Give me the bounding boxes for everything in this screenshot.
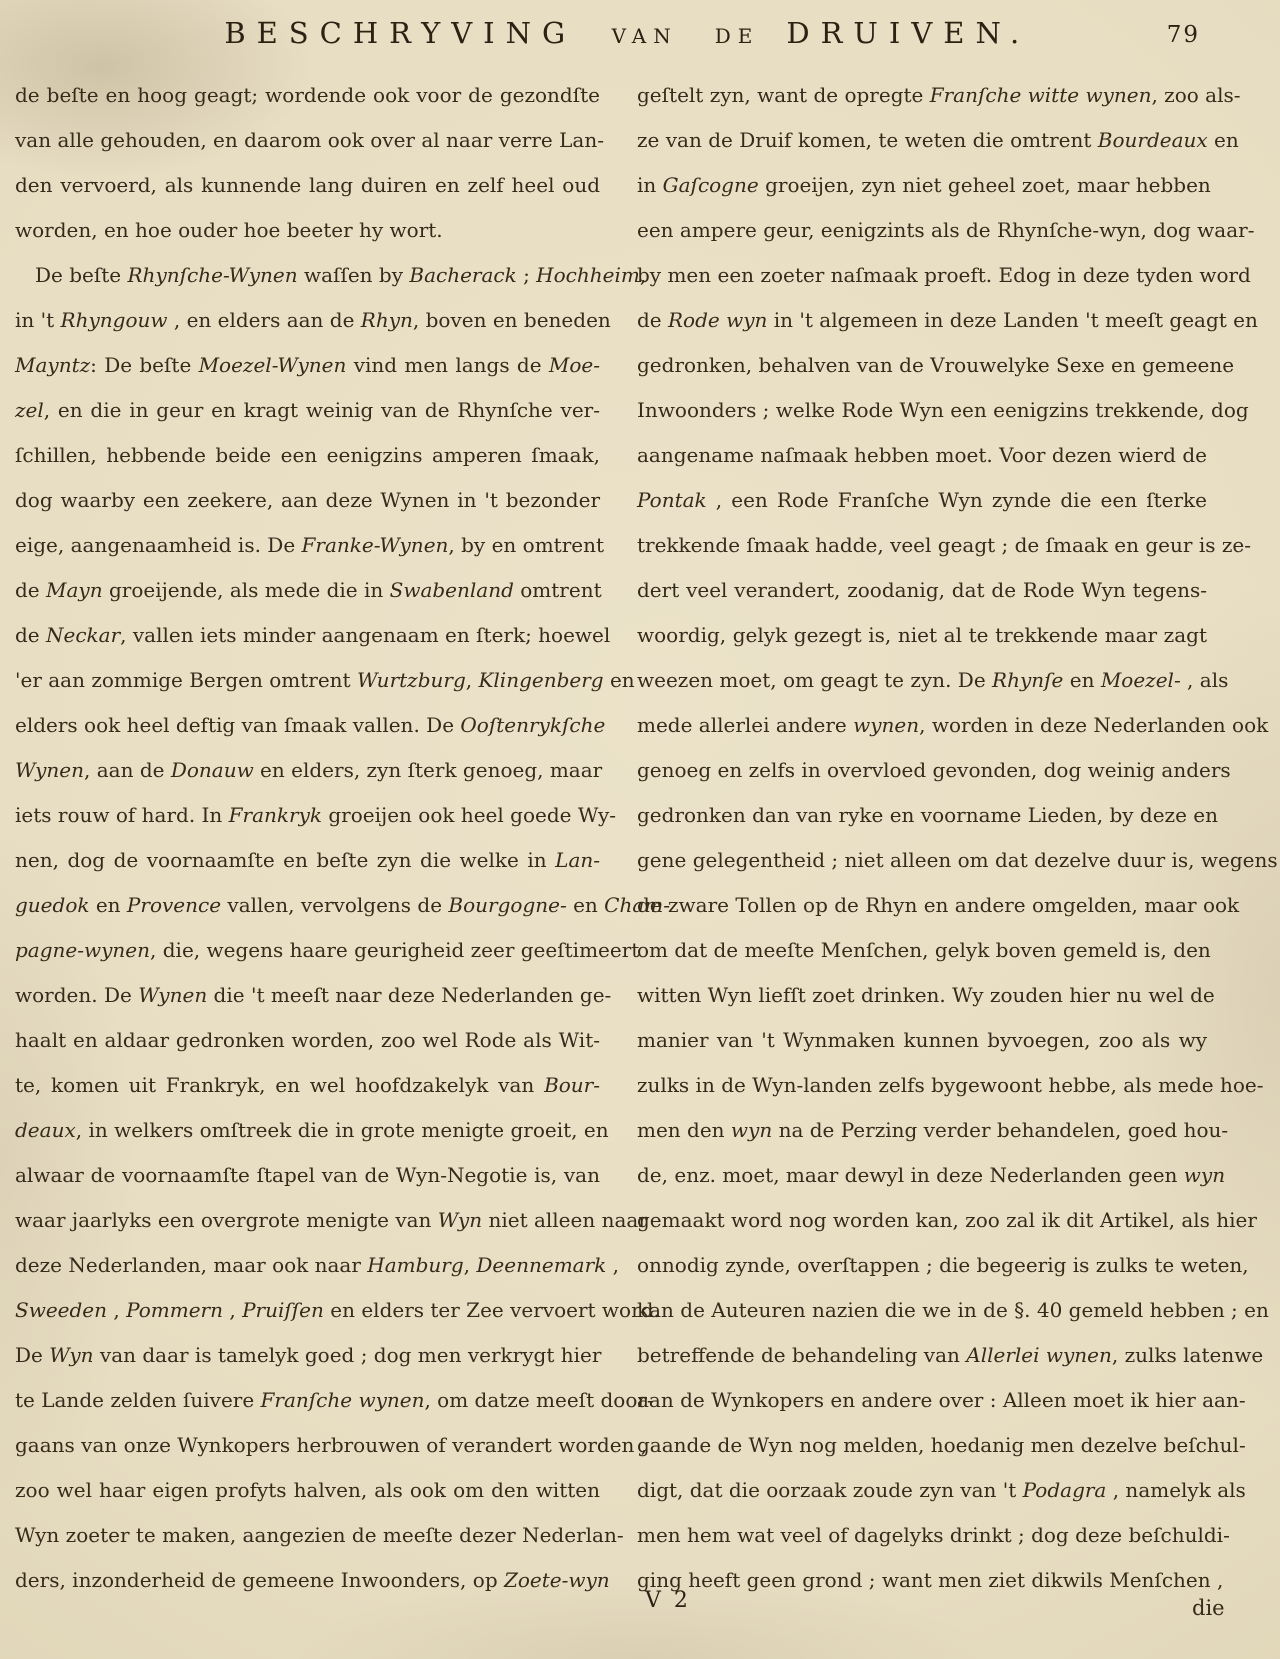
italic-text-segment: Wyn (49, 1343, 93, 1367)
italic-text-segment: Klingenberg (478, 668, 603, 692)
text-line: genoeg en zelfs in overvloed gevonden, d… (637, 748, 1207, 793)
text-segment: , in welkers omſtreek die in grote menig… (76, 1118, 609, 1142)
italic-text-segment: Donauw (171, 758, 254, 782)
text-segment: betreffende de behandeling van (637, 1343, 966, 1367)
text-segment: dert veel verandert, zoodanig, dat de Ro… (637, 578, 1207, 602)
text-segment: de (637, 308, 668, 332)
text-line: by men een zoeter naſmaak proeft. Edog i… (637, 253, 1207, 298)
text-line: de Mayn groeijende, als mede die in Swab… (15, 568, 600, 613)
text-segment: Wyn zoeter te maken, aangezien de meeſte… (15, 1523, 624, 1547)
running-head: BESCHRYVING VAN DE DRUIVEN. (0, 16, 1280, 50)
title-part: DE (705, 24, 787, 48)
text-line: Mayntz: De beſte Moezel-Wynen vind men l… (15, 343, 600, 388)
text-line: De beſte Rhynſche-Wynen waſſen by Bacher… (15, 253, 600, 298)
italic-text-segment: Bacherack (409, 263, 516, 287)
text-segment: , die, wegens haare geurigheid zeer geeſ… (150, 938, 639, 962)
italic-text-segment: Moe- (549, 353, 600, 377)
italic-text-segment: Bourgogne- (448, 893, 566, 917)
italic-text-segment: Hochheim (536, 263, 640, 287)
text-segment: en (567, 893, 604, 917)
text-segment: vallen, vervolgens de (221, 893, 448, 917)
text-segment: haalt en aldaar gedronken worden, zoo we… (15, 1028, 600, 1052)
italic-text-segment: Rhynſe (992, 668, 1063, 692)
text-segment: manier van 't Wynmaken kunnen byvoegen, … (637, 1028, 1207, 1052)
text-line: zoo wel haar eigen profyts halven, als o… (15, 1468, 600, 1513)
italic-text-segment: wyn (1184, 1163, 1225, 1187)
text-line: aangename naſmaak hebben moet. Voor deze… (637, 433, 1207, 478)
text-segment: ; (517, 263, 536, 287)
text-segment: aangename naſmaak hebben moet. Voor deze… (637, 443, 1207, 467)
text-line: nen, dog de voornaamſte en beſte zyn die… (15, 838, 600, 883)
text-line: pagne-wynen, die, wegens haare geurighei… (15, 928, 600, 973)
italic-text-segment: Moezel- (1101, 668, 1181, 692)
italic-text-segment: Wynen (138, 983, 207, 1007)
text-line: digt, dat die oorzaak zoude zyn van 't P… (637, 1468, 1207, 1513)
italic-text-segment: Franſche wynen (261, 1388, 425, 1412)
text-segment: , (466, 668, 479, 692)
text-line: ſchillen, hebbende beide een eenigzins a… (15, 433, 600, 478)
text-segment: onnodig zynde, overſtappen ; die begeeri… (637, 1253, 1249, 1277)
text-segment: , (464, 1253, 477, 1277)
text-columns: de beſte en hoog geagt; wordende ook voo… (15, 73, 1207, 1603)
text-segment: mede allerlei andere (637, 713, 853, 737)
text-line: geſtelt zyn, want de opregte Franſche wi… (637, 73, 1207, 118)
text-segment: gedronken dan van ryke en voorname Liede… (637, 803, 1218, 827)
text-line: worden. De Wynen die 't meeſt naar deze … (15, 973, 600, 1018)
signature-mark: V 2 (645, 1588, 691, 1613)
text-segment: en elders ter Zee vervoert word. (324, 1298, 660, 1322)
text-segment: de (15, 623, 46, 647)
text-segment: van alle gehouden, en daarom ook over al… (15, 128, 604, 152)
text-segment: , een Rode Franſche Wyn zynde die een ſt… (707, 488, 1207, 512)
italic-text-segment: Rode wyn (668, 308, 767, 332)
text-segment: , vallen iets minder aangenaam en ſterk;… (120, 623, 610, 647)
italic-text-segment: wynen (853, 713, 919, 737)
italic-text-segment: Provence (127, 893, 221, 917)
text-line: worden, en hoe ouder hoe beeter hy wort. (15, 208, 600, 253)
italic-text-segment: Lan- (555, 848, 600, 872)
text-segment: genoeg en zelfs in overvloed gevonden, d… (637, 758, 1231, 782)
text-line: gedronken dan van ryke en voorname Liede… (637, 793, 1207, 838)
text-segment: : De beſte (90, 353, 198, 377)
text-segment: De beſte (35, 263, 128, 287)
italic-text-segment: Mayn (46, 578, 103, 602)
text-line: gene gelegentheid ; niet alleen om dat d… (637, 838, 1207, 883)
text-segment: elders ook heel deftig van ſmaak vallen.… (15, 713, 460, 737)
title-part: BESCHRYVING (224, 16, 601, 50)
italic-text-segment: Rhynſche-Wynen (128, 263, 298, 287)
text-segment: zoo wel haar eigen profyts halven, als o… (15, 1478, 600, 1502)
text-segment: worden. De (15, 983, 138, 1007)
italic-text-segment: Franke-Wynen (302, 533, 449, 557)
text-segment: witten Wyn liefſt zoet drinken. Wy zoude… (637, 983, 1215, 1007)
italic-text-segment: deaux (15, 1118, 76, 1142)
text-segment: weezen moet, om geagt te zyn. De (637, 668, 992, 692)
italic-text-segment: Gaſcogne (663, 173, 759, 197)
text-segment: na de Perzing verder behandelen, goed ho… (772, 1118, 1228, 1142)
text-segment: vind men langs de (346, 353, 548, 377)
text-segment: om dat de meeſte Menſchen, gelyk boven g… (637, 938, 1211, 962)
text-line: deaux, in welkers omſtreek die in grote … (15, 1108, 600, 1153)
text-line: een ampere geur, eenigzints als de Rhynſ… (637, 208, 1207, 253)
italic-text-segment: Frankryk (229, 803, 322, 827)
text-segment: omtrent (514, 578, 602, 602)
text-line: Inwoonders ; welke Rode Wyn een eenigzin… (637, 388, 1207, 433)
text-line: alwaar de voornaamſte ſtapel van de Wyn-… (15, 1153, 600, 1198)
italic-text-segment: Wyn (438, 1208, 482, 1232)
text-line: Wynen, aan de Donauw en elders, zyn ſter… (15, 748, 600, 793)
text-line: 'er aan zommige Bergen omtrent Wurtzburg… (15, 658, 600, 703)
text-line: trekkende ſmaak hadde, veel geagt ; de ſ… (637, 523, 1207, 568)
text-segment: kan de Auteuren nazien die we in de §. 4… (637, 1298, 1269, 1322)
text-segment: 'er aan zommige Bergen omtrent (15, 668, 357, 692)
text-segment: , en die in geur en kragt weinig van de … (44, 398, 600, 422)
text-line: zel, en die in geur en kragt weinig van … (15, 388, 600, 433)
text-segment: en (1208, 128, 1239, 152)
text-line: de Rode wyn in 't algemeen in deze Lande… (637, 298, 1207, 343)
text-line: men hem wat veel of dagelyks drinkt ; do… (637, 1513, 1207, 1558)
text-line: om dat de meeſte Menſchen, gelyk boven g… (637, 928, 1207, 973)
text-segment: dog waarby een zeekere, aan deze Wynen i… (15, 488, 600, 512)
italic-text-segment: Rhyngouw (61, 308, 168, 332)
italic-text-segment: guedok (15, 893, 89, 917)
italic-text-segment: Moezel-Wynen (199, 353, 347, 377)
text-segment: in (637, 173, 663, 197)
text-segment: waar jaarlyks een overgrote menigte van (15, 1208, 438, 1232)
text-line: guedok en Provence vallen, vervolgens de… (15, 883, 600, 928)
text-segment: ders, inzonderheid de gemeene Inwoonders… (15, 1568, 504, 1592)
text-segment: gaande de Wyn nog melden, hoedanig men d… (637, 1433, 1246, 1457)
text-segment: die 't meeſt naar deze Nederlanden ge- (207, 983, 611, 1007)
text-segment: een ampere geur, eenigzints als de Rhynſ… (637, 218, 1254, 242)
text-segment: deze Nederlanden, maar ook naar (15, 1253, 367, 1277)
italic-text-segment: Franſche witte wynen (930, 83, 1152, 107)
text-line: dert veel verandert, zoodanig, dat de Ro… (637, 568, 1207, 613)
text-segment: van daar is tamelyk goed ; dog men verkr… (94, 1343, 602, 1367)
text-segment: zulks in de Wyn-landen zelfs bygewoont h… (637, 1073, 1263, 1097)
text-segment: en elders, zyn ſterk genoeg, maar (254, 758, 603, 782)
text-line: den vervoerd, als kunnende lang duiren e… (15, 163, 600, 208)
text-line: haalt en aldaar gedronken worden, zoo we… (15, 1018, 600, 1063)
text-segment: de zware Tollen op de Rhyn en andere omg… (637, 893, 1239, 917)
text-line: men den wyn na de Perzing verder behande… (637, 1108, 1207, 1153)
text-line: gedronken, behalven van de Vrouwelyke Se… (637, 343, 1207, 388)
text-segment: nen, dog de voornaamſte en beſte zyn die… (15, 848, 555, 872)
italic-text-segment: Neckar (46, 623, 120, 647)
text-segment: en (1063, 668, 1100, 692)
text-segment: den vervoerd, als kunnende lang duiren e… (15, 173, 600, 197)
catchword: die (1192, 1596, 1225, 1620)
text-line: te Lande zelden ſuivere Franſche wynen, … (15, 1378, 600, 1423)
text-segment: woordig, gelyk gezegt is, niet al te tre… (637, 623, 1207, 647)
text-line: de zware Tollen op de Rhyn en andere omg… (637, 883, 1207, 928)
text-line: Pontak , een Rode Franſche Wyn zynde die… (637, 478, 1207, 523)
text-segment: en (604, 668, 635, 692)
italic-text-segment: Bourdeaux (1098, 128, 1208, 152)
text-segment: gedronken, behalven van de Vrouwelyke Se… (637, 353, 1234, 377)
text-line: eige, aangenaamheid is. De Franke-Wynen,… (15, 523, 600, 568)
text-line: gaans van onze Wynkopers herbrouwen of v… (15, 1423, 600, 1468)
text-segment: niet alleen naar (482, 1208, 648, 1232)
text-segment: aan de Wynkopers en andere over : Alleen… (637, 1388, 1246, 1412)
text-segment: te, komen uit Frankryk, en wel hoofdzake… (15, 1073, 544, 1097)
text-line: ze van de Druif komen, te weten die omtr… (637, 118, 1207, 163)
text-segment: iets rouw of hard. In (15, 803, 229, 827)
text-segment: Inwoonders ; welke Rode Wyn een eenigzin… (637, 398, 1249, 422)
text-segment: alwaar de voornaamſte ſtapel van de Wyn-… (15, 1163, 600, 1187)
text-segment: groeijende, als mede die in (103, 578, 390, 602)
text-segment: men hem wat veel of dagelyks drinkt ; do… (637, 1523, 1230, 1547)
italic-text-segment: Pruiſſen (242, 1298, 324, 1322)
text-line: kan de Auteuren nazien die we in de §. 4… (637, 1288, 1207, 1333)
text-line: van alle gehouden, en daarom ook over al… (15, 118, 600, 163)
text-line: Sweeden , Pommern , Pruiſſen en elders t… (15, 1288, 600, 1333)
text-segment: , namelyk als (1106, 1478, 1245, 1502)
text-segment: ging heeft geen grond ; want men ziet di… (637, 1568, 1223, 1592)
text-segment: men den (637, 1118, 731, 1142)
text-line: dog waarby een zeekere, aan deze Wynen i… (15, 478, 600, 523)
text-line: waar jaarlyks een overgrote menigte van … (15, 1198, 600, 1243)
text-segment: en (89, 893, 126, 917)
text-segment: waſſen by (298, 263, 410, 287)
text-segment: de (15, 578, 46, 602)
text-segment: , om datze meeſt door- (424, 1388, 653, 1412)
text-segment: ze van de Druif komen, te weten die omtr… (637, 128, 1098, 152)
text-line: Wyn zoeter te maken, aangezien de meeſte… (15, 1513, 600, 1558)
text-segment: groeijen ook heel goede Wy- (322, 803, 616, 827)
title-part: VAN (602, 24, 705, 48)
text-line: De Wyn van daar is tamelyk goed ; dog me… (15, 1333, 600, 1378)
text-line: in 't Rhyngouw , en elders aan de Rhyn, … (15, 298, 600, 343)
text-line: ders, inzonderheid de gemeene Inwoonders… (15, 1558, 600, 1603)
text-segment: gemaakt word nog worden kan, zoo zal ik … (637, 1208, 1257, 1232)
text-line: witten Wyn liefſt zoet drinken. Wy zoude… (637, 973, 1207, 1018)
text-line: onnodig zynde, overſtappen ; die begeeri… (637, 1243, 1207, 1288)
italic-text-segment: Allerlei wynen (966, 1343, 1112, 1367)
text-segment: , boven en beneden (413, 308, 611, 332)
text-line: gemaakt word nog worden kan, zoo zal ik … (637, 1198, 1207, 1243)
text-segment: gaans van onze Wynkopers herbrouwen of v… (15, 1433, 647, 1457)
italic-text-segment: zel (15, 398, 44, 422)
text-segment: by men een zoeter naſmaak proeft. Edog i… (637, 263, 1251, 287)
text-line: elders ook heel deftig van ſmaak vallen.… (15, 703, 600, 748)
italic-text-segment: Pontak (637, 488, 707, 512)
text-segment: , zoo als- (1151, 83, 1240, 107)
text-line: in Gaſcogne groeijen, zyn niet geheel zo… (637, 163, 1207, 208)
italic-text-segment: wyn (731, 1118, 772, 1142)
italic-text-segment: Sweeden (15, 1298, 107, 1322)
text-segment: in 't algemeen in deze Landen 't meeſt g… (767, 308, 1258, 332)
text-segment: , als (1181, 668, 1229, 692)
text-line: iets rouw of hard. In Frankryk groeijen … (15, 793, 600, 838)
italic-text-segment: Zoete-wyn (504, 1568, 610, 1592)
italic-text-segment: Ooſtenrykſche (460, 713, 605, 737)
text-segment: de, enz. moet, maar dewyl in deze Nederl… (637, 1163, 1184, 1187)
right-column: geſtelt zyn, want de opregte Franſche wi… (637, 73, 1207, 1603)
text-line: de beſte en hoog geagt; wordende ook voo… (15, 73, 600, 118)
page-number: 79 (1167, 22, 1200, 48)
text-segment: ſchillen, hebbende beide een eenigzins a… (15, 443, 600, 467)
text-segment: worden, en hoe ouder hoe beeter hy wort. (15, 218, 443, 242)
text-segment: , zulks latenwe (1112, 1343, 1263, 1367)
italic-text-segment: Pommern (126, 1298, 223, 1322)
text-segment: gene gelegentheid ; niet alleen om dat d… (637, 848, 1278, 872)
text-segment: , (606, 1253, 619, 1277)
text-line: deze Nederlanden, maar ook naar Hamburg,… (15, 1243, 600, 1288)
text-line: de, enz. moet, maar dewyl in deze Nederl… (637, 1153, 1207, 1198)
text-segment: , (223, 1298, 242, 1322)
italic-text-segment: Mayntz (15, 353, 90, 377)
text-segment: digt, dat die oorzaak zoude zyn van 't (637, 1478, 1023, 1502)
left-column: de beſte en hoog geagt; wordende ook voo… (15, 73, 600, 1603)
text-line: aan de Wynkopers en andere over : Alleen… (637, 1378, 1207, 1423)
text-line: woordig, gelyk gezegt is, niet al te tre… (637, 613, 1207, 658)
text-line: ging heeft geen grond ; want men ziet di… (637, 1558, 1207, 1603)
text-segment: geſtelt zyn, want de opregte (637, 83, 930, 107)
italic-text-segment: Swabenland (390, 578, 514, 602)
text-line: betreffende de behandeling van Allerlei … (637, 1333, 1207, 1378)
italic-text-segment: Wurtzburg (357, 668, 466, 692)
text-segment: , worden in deze Nederlanden ook (919, 713, 1268, 737)
text-line: te, komen uit Frankryk, en wel hoofdzake… (15, 1063, 600, 1108)
text-line: weezen moet, om geagt te zyn. De Rhynſe … (637, 658, 1207, 703)
title-part: DRUIVEN. (786, 16, 1055, 50)
italic-text-segment: Rhyn (361, 308, 413, 332)
italic-text-segment: Wynen (15, 758, 84, 782)
text-line: de Neckar, vallen iets minder aangenaam … (15, 613, 600, 658)
text-segment: , (107, 1298, 126, 1322)
text-segment: eige, aangenaamheid is. De (15, 533, 302, 557)
text-segment: in 't (15, 308, 61, 332)
book-page: BESCHRYVING VAN DE DRUIVEN. 79 de beſte … (0, 0, 1280, 1659)
text-line: mede allerlei andere wynen, worden in de… (637, 703, 1207, 748)
text-segment: De (15, 1343, 49, 1367)
italic-text-segment: Bour- (544, 1073, 600, 1097)
text-segment: , en elders aan de (168, 308, 361, 332)
text-segment: groeijen, zyn niet geheel zoet, maar heb… (759, 173, 1211, 197)
text-segment: te Lande zelden ſuivere (15, 1388, 261, 1412)
italic-text-segment: Hamburg (367, 1253, 463, 1277)
italic-text-segment: pagne-wynen (15, 938, 150, 962)
italic-text-segment: Deennemark (476, 1253, 606, 1277)
text-line: gaande de Wyn nog melden, hoedanig men d… (637, 1423, 1207, 1468)
text-segment: trekkende ſmaak hadde, veel geagt ; de ſ… (637, 533, 1251, 557)
italic-text-segment: Podagra (1023, 1478, 1107, 1502)
text-segment: de beſte en hoog geagt; wordende ook voo… (15, 83, 600, 107)
text-segment: , by en omtrent (448, 533, 604, 557)
text-segment: , aan de (84, 758, 171, 782)
text-line: manier van 't Wynmaken kunnen byvoegen, … (637, 1018, 1207, 1063)
text-line: zulks in de Wyn-landen zelfs bygewoont h… (637, 1063, 1207, 1108)
